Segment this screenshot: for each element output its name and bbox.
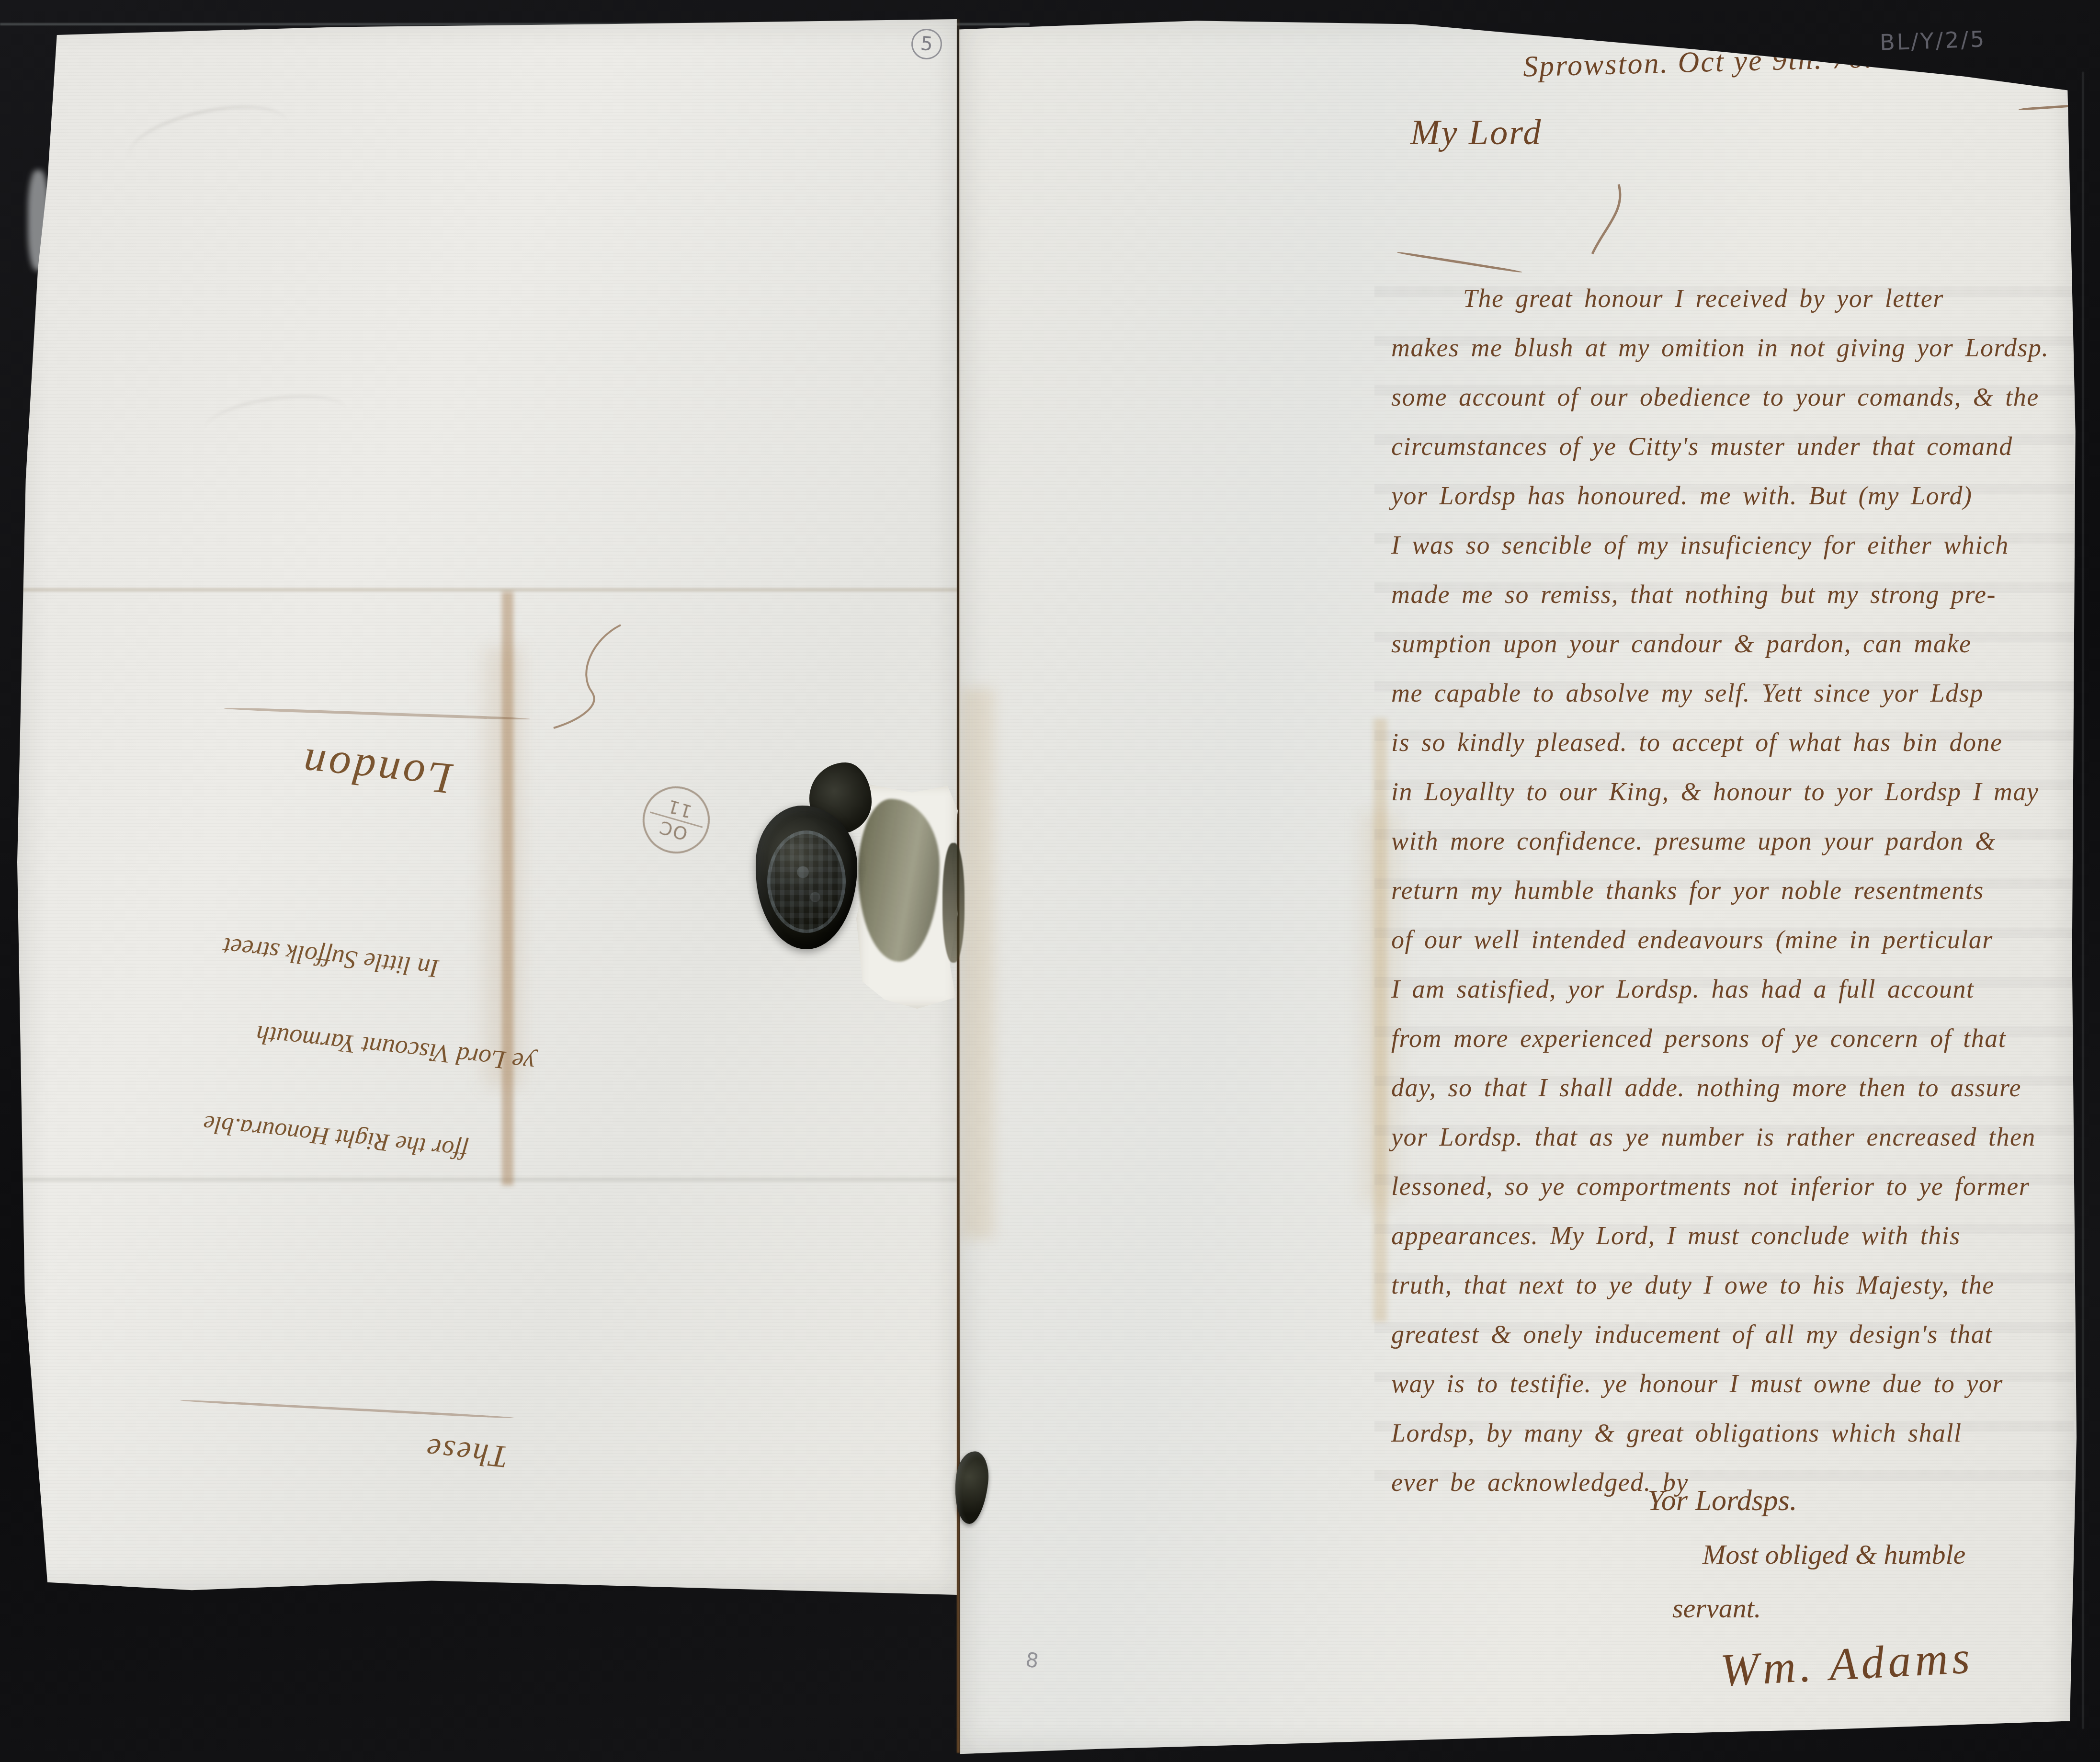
address-docket: These (423, 1430, 510, 1475)
closing-valediction-2: servant. (1672, 1592, 1761, 1624)
letter-line: way is to testifie. ye honour I must own… (1391, 1359, 2081, 1409)
letter-line: me capable to absolve my self. Yett sinc… (1391, 669, 2081, 718)
letter-line: sumption upon your candour & pardon, can… (1391, 619, 2081, 669)
archive-reference-pencil: BL/Y/2/5 (1879, 26, 1986, 56)
address-line-honourable: ffor the Right Honoura.ble (202, 1109, 469, 1165)
bishop-postmark-stamp: OC 11 (635, 778, 717, 861)
address-block: These ffor the Right Honoura.ble ye Lord… (0, 587, 611, 1481)
letter-line: circumstances of ye Citty's muster under… (1391, 422, 2081, 471)
letter-line: is so kindly pleased. to accept of what … (1391, 718, 2081, 767)
letter-line: lessoned, so ye comportments not inferio… (1391, 1162, 2081, 1211)
bleedthrough-mark (123, 94, 295, 186)
closing-addressee: Yor Lordsps. (1647, 1484, 1797, 1518)
address-line-recipient: ye Lord Viscount Yarmouth (255, 1020, 536, 1079)
horizontal-fold-crease (17, 588, 959, 591)
letter-line: The great honour I received by yor lette… (1391, 274, 2081, 323)
dateline: Sprowston. Oct ye 9th. 76. (1522, 41, 1873, 84)
letter-line: appearances. My Lord, I must conclude wi… (1391, 1211, 2081, 1261)
margin-fold-stain (1374, 718, 1387, 1322)
letter-line: yor Lordsp has honoured. me with. But (m… (1391, 471, 2081, 521)
photographed-letter-scan: OC 11 These ffor the Right Honoura.ble y… (0, 0, 2100, 1762)
letter-line: Lordsp, by many & great obligations whic… (1391, 1409, 2081, 1458)
address-line-street: In little Suffolk street (222, 932, 440, 984)
letter-line: I am satisfied, yor Lordsp. has had a fu… (1391, 965, 2081, 1014)
salutation-flourish (1585, 182, 1633, 259)
docket-flourish (180, 1399, 514, 1419)
closing-valediction-1: Most obliged & humble (1703, 1538, 1965, 1570)
salutation: My Lord (1410, 113, 1542, 153)
letter-page: Sprowston. Oct ye 9th. 76. My Lord The g… (959, 17, 2077, 1756)
letter-line: made me so remiss, that nothing but my s… (1391, 570, 2081, 619)
letter-line: return my humble thanks for yor noble re… (1391, 866, 2081, 915)
folio-number: 5 (919, 33, 934, 56)
opening-pen-stroke (1396, 251, 1522, 273)
seal-side-stain (961, 688, 994, 1239)
letter-line: from more experienced persons of ye conc… (1391, 1014, 2081, 1063)
letter-line: some account of our obedience to your co… (1391, 373, 2081, 422)
address-line-city: London (298, 738, 454, 805)
letter-body: The great honour I received by yor lette… (1391, 274, 2081, 1507)
letter-line: I was so sencible of my insuficiency for… (1391, 521, 2081, 570)
city-underline-flourish (224, 707, 530, 720)
bleedthrough-mark (202, 388, 350, 453)
signature: Wm. Adams (1719, 1630, 1975, 1697)
wax-residue (942, 843, 965, 963)
seal-armorial-impression (767, 830, 846, 933)
letter-line: in Loyallty to our King, & honour to yor… (1391, 767, 2081, 817)
letter-line: of our well intended endeavours (mine in… (1391, 915, 2081, 965)
letter-line: truth, that next to ye duty I owe to his… (1391, 1261, 2081, 1310)
dateline-underline (2019, 104, 2076, 111)
backdrop-edge-line (2082, 72, 2084, 1729)
letter-line: with more confidence. presume upon your … (1391, 817, 2081, 866)
letter-line: day, so that I shall adde. nothing more … (1391, 1063, 2081, 1113)
ink-flourish-curve (534, 620, 640, 735)
letter-line: makes me blush at my omition in not givi… (1391, 323, 2081, 373)
letter-line: greatest & onely inducement of all my de… (1391, 1310, 2081, 1359)
letter-line: yor Lordsp. that as ye number is rather … (1391, 1113, 2081, 1162)
